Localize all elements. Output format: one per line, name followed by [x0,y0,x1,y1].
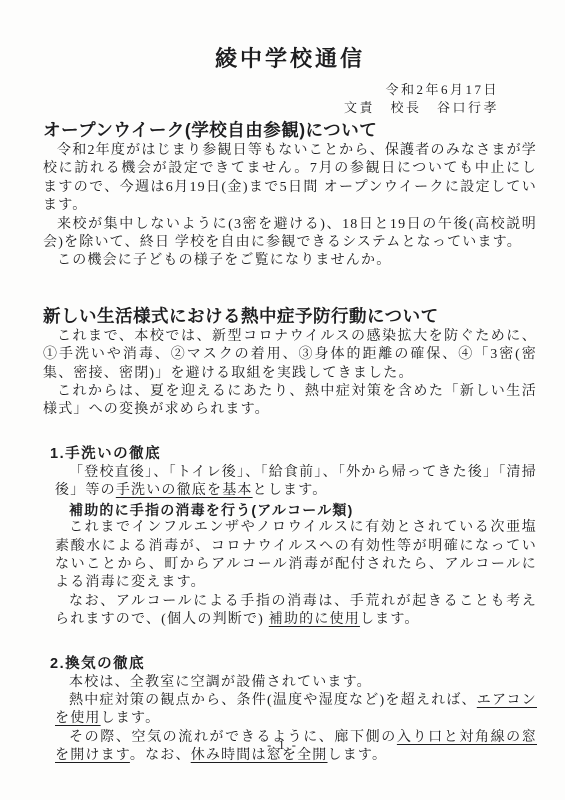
open-week-paragraph-1: 令和2年度がはじまり参観日等もないことから、保護者のみなさまが学校に訪れる機会が… [43,142,537,216]
newsletter-title: 綾中学校通信 [43,44,537,74]
text-run: します。 [101,711,161,726]
handwashing-body: 「登校直後」、「トイレ後」、「給食前」、「外から帰ってきた後」「清掃後」等の手洗… [55,464,537,630]
byline: 令和2年6月17日 文責 校長 谷口行孝 [43,81,537,117]
open-week-paragraph-2: 来校が集中しないように(3密を避ける)、18日と19日の午後(高校説明会)を除い… [43,216,537,253]
new-lifestyle-paragraph-2: これからは、夏を迎えるにあたり、熱中症対策を含めた「新しい生活様式」への変換が求… [43,383,537,420]
new-lifestyle-paragraph-1: これまで、本校では、新型コロナウイルスの感染拡大を防ぐために、①手洗いや消毒、②… [43,328,537,383]
page-number: - 1 - [0,738,565,753]
text-run: します。 [360,612,420,627]
underlined-text: 手洗いの徹底を基本 [116,483,253,498]
underlined-text: 補助的に使用 [269,612,360,627]
handwashing-paragraph-2: これまでインフルエンザやノロウイルスに有効とされている次亜塩素酸水による消毒が、… [55,519,537,593]
section-open-week: オープンウイーク(学校自由参観)について 令和2年度がはじまり参観日等もないこと… [43,119,537,271]
disinfection-subheading: 補助的に手指の消毒を行う(アルコール類) [55,501,537,519]
ventilation-heading: 2.換気の徹底 [50,655,537,674]
new-lifestyle-heading: 新しい生活様式における熱中症予防行動について [43,305,537,328]
handwashing-paragraph-3: なお、アルコールによる手指の消毒は、手荒れが起きることも考えられますので、(個人… [55,593,537,630]
issue-date: 令和2年6月17日 [43,81,499,99]
text-run: 熱中症対策の観点から、条件(温度や湿度など)を超えれば、 [69,693,477,708]
newsletter-page: 綾中学校通信 令和2年6月17日 文責 校長 谷口行孝 オープンウイーク(学校自… [0,0,565,800]
ventilation-paragraph-1: 本校は、全教室に空調が設備されています。 [55,674,537,692]
author-credit: 文責 校長 谷口行孝 [43,99,499,117]
section-new-lifestyle: 新しい生活様式における熱中症予防行動について これまで、本校では、新型コロナウイ… [43,305,537,420]
open-week-heading: オープンウイーク(学校自由参観)について [43,119,537,142]
text-run: とします。 [253,483,328,498]
handwashing-paragraph-1: 「登校直後」、「トイレ後」、「給食前」、「外から帰ってきた後」「清掃後」等の手洗… [55,464,537,501]
section-handwashing: 1.手洗いの徹底 「登校直後」、「トイレ後」、「給食前」、「外から帰ってきた後」… [43,445,537,630]
handwashing-heading: 1.手洗いの徹底 [50,445,537,464]
ventilation-paragraph-2: 熱中症対策の観点から、条件(温度や湿度など)を超えれば、エアコンを使用します。 [55,692,537,729]
open-week-paragraph-3: この機会に子どもの様子をご覧になりませんか。 [43,252,537,270]
